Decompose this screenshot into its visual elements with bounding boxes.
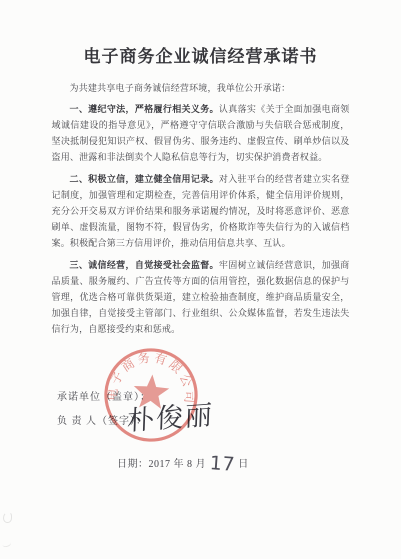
document-title: 电子商务企业诚信经营承诺书: [0, 46, 401, 68]
date-day-handwritten: 17: [209, 458, 235, 470]
paragraph-2: 二、积极立信，建立健全信用记录。对入驻平台的经营者建立实名登记制度，加强管理和定…: [52, 171, 350, 251]
scan-artifact: [3, 512, 12, 523]
scan-artifact: [1, 539, 12, 548]
paragraph-3: 三、诚信经营，自觉接受社会监督。牢固树立诚信经营意识，加强商品质量、服务履约、广…: [52, 257, 350, 337]
handwritten-signature: 朴俊丽: [126, 395, 214, 441]
paragraph-1: 一、遵纪守法，严格履行相关义务。认真落实《关于全面加强电商领域诚信建设的指导意见…: [52, 101, 350, 165]
date-prefix: 日期：2017 年 8 月: [117, 459, 206, 470]
paragraph-3-lead: 三、诚信经营，自觉接受社会监督。: [70, 260, 219, 270]
date-suffix: 日: [238, 459, 249, 470]
paragraph-2-text: 对入驻平台的经营者建立实名登记制度，加强管理和定期检查，完善信用评价体系，健全信…: [52, 174, 350, 248]
paragraph-1-lead: 一、遵纪守法，严格履行相关义务。: [70, 104, 219, 114]
intro-paragraph: 为共建共享电子商务诚信经营环境，我单位公开承诺：: [52, 80, 350, 96]
paragraph-2-lead: 二、积极立信，建立健全信用记录。: [70, 174, 219, 184]
paragraph-3-text: 牢固树立诚信经营意识，加强商品质量、服务履约、广告宣传等方面的信用管控，强化数据…: [52, 260, 350, 334]
document-page: 电子商务企业诚信经营承诺书 为共建共享电子商务诚信经营环境，我单位公开承诺： 一…: [0, 0, 401, 559]
date-line: 日期：2017 年 8 月17日: [117, 455, 249, 470]
document-body: 为共建共享电子商务诚信经营环境，我单位公开承诺： 一、遵纪守法，严格履行相关义务…: [52, 80, 350, 337]
